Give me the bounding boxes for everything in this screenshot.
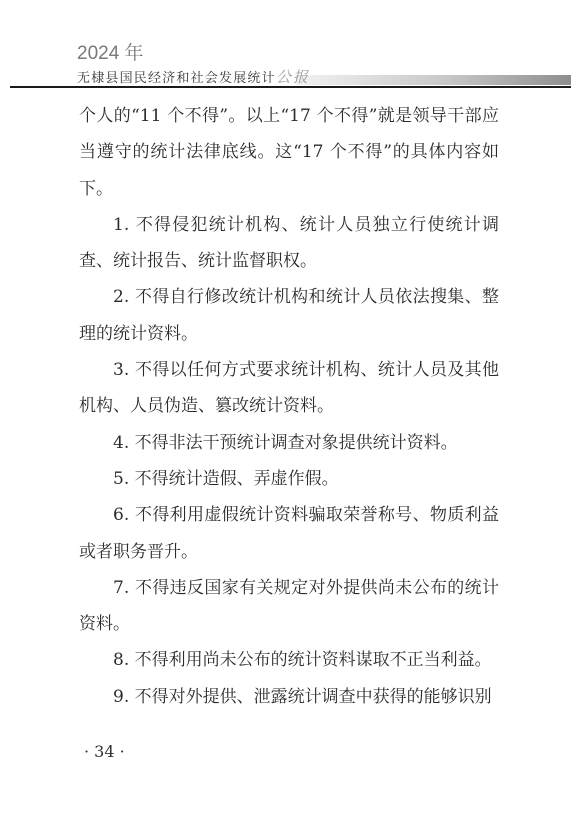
- body-text: 个人的“11 个不得”。以上“17 个不得”就是领导干部应当遵守的统计法律底线。…: [79, 98, 499, 715]
- list-item: 5. 不得统计造假、弄虚作假。: [79, 461, 499, 497]
- list-item: 7. 不得违反国家有关规定对外提供尚未公布的统计资料。: [79, 570, 499, 643]
- header-year: 2024 年: [77, 44, 144, 64]
- list-item: 9. 不得对外提供、泄露统计调查中获得的能够识别: [79, 679, 499, 715]
- list-item: 8. 不得利用尚未公布的统计资料谋取不正当利益。: [79, 642, 499, 678]
- header-rule: [10, 86, 571, 88]
- list-item: 1. 不得侵犯统计机构、统计人员独立行使统计调查、统计报告、统计监督职权。: [79, 207, 499, 280]
- header-title-text: 无棣县国民经济和社会发展统计: [77, 71, 276, 86]
- list-item: 3. 不得以任何方式要求统计机构、统计人员及其他机构、人员伪造、篡改统计资料。: [79, 352, 499, 425]
- header-gradient-bar: [296, 75, 571, 85]
- list-item: 2. 不得自行修改统计机构和统计人员依法搜集、整理的统计资料。: [79, 279, 499, 352]
- header-title: 无棣县国民经济和社会发展统计公报: [77, 69, 310, 87]
- list-item: 4. 不得非法干预统计调查对象提供统计资料。: [79, 425, 499, 461]
- list-item: 6. 不得利用虚假统计资料骗取荣誉称号、物质利益或者职务晋升。: [79, 497, 499, 570]
- intro-paragraph: 个人的“11 个不得”。以上“17 个不得”就是领导干部应当遵守的统计法律底线。…: [79, 98, 499, 207]
- page-number: · 34 ·: [84, 742, 125, 761]
- header-title-script: 公报: [276, 68, 310, 86]
